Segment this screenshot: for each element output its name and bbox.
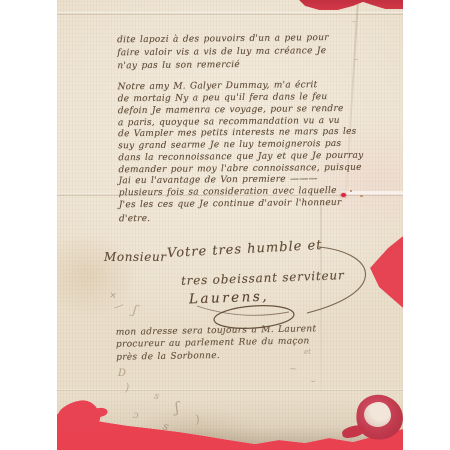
ink-mark: ʃ bbox=[131, 303, 138, 318]
rust-speck bbox=[350, 190, 352, 192]
fold-crease-top bbox=[57, 12, 403, 15]
wax-seal-center bbox=[364, 402, 391, 427]
ink-mark: D bbox=[118, 368, 126, 379]
ink-mark: s bbox=[161, 419, 170, 433]
letter-photograph: dite lapozi à des pouvoirs d'un a peu po… bbox=[57, 0, 403, 450]
ink-mark: — bbox=[112, 300, 125, 314]
ink-mark: s bbox=[152, 390, 160, 402]
wax-seal-bottom-right bbox=[356, 395, 403, 440]
closing-salutation: Monsieur bbox=[104, 250, 167, 264]
ink-mark: ~ bbox=[289, 364, 297, 375]
signature: Laurens, bbox=[189, 289, 270, 308]
rust-speck bbox=[360, 195, 363, 197]
body-line: J'es les ces que Je continue d'avoir l'h… bbox=[119, 198, 364, 212]
closing-formula-line-1: Votre tres humble et bbox=[167, 238, 323, 261]
postscript-line: près de la Sorbonne. bbox=[116, 348, 317, 364]
ink-mark: ) bbox=[125, 381, 129, 394]
paragraph-1: dite lapozi à des pouvoirs d'un a peu po… bbox=[117, 32, 362, 74]
closing-formula-line-2: tres obeissant serviteur bbox=[181, 268, 345, 288]
letter-body-text: dite lapozi à des pouvoirs d'un a peu po… bbox=[117, 32, 364, 226]
fold-crease-lower bbox=[57, 389, 403, 391]
body-line: n'ay pas lu son remercié bbox=[117, 58, 362, 74]
ink-mark: × bbox=[108, 290, 117, 301]
wax-dot-center-fold bbox=[341, 193, 346, 197]
postscript: mon adresse sera toujours a M. Laurent p… bbox=[116, 323, 317, 364]
ink-mark: ˘ bbox=[309, 379, 315, 393]
ink-mark: ʃ bbox=[174, 400, 181, 416]
paragraph-2: Notre amy M. Galyer Dummay, m'a écrit de… bbox=[118, 80, 364, 226]
ink-mark: ) bbox=[193, 412, 201, 427]
fold-crease-vertical-lower bbox=[320, 200, 322, 392]
body-line-closing-word: d'etre. bbox=[119, 212, 364, 226]
letter-paper: dite lapozi à des pouvoirs d'un a peu po… bbox=[57, 0, 403, 450]
ink-mark: – bbox=[352, 17, 356, 26]
ink-mark: ɔ bbox=[133, 410, 139, 421]
